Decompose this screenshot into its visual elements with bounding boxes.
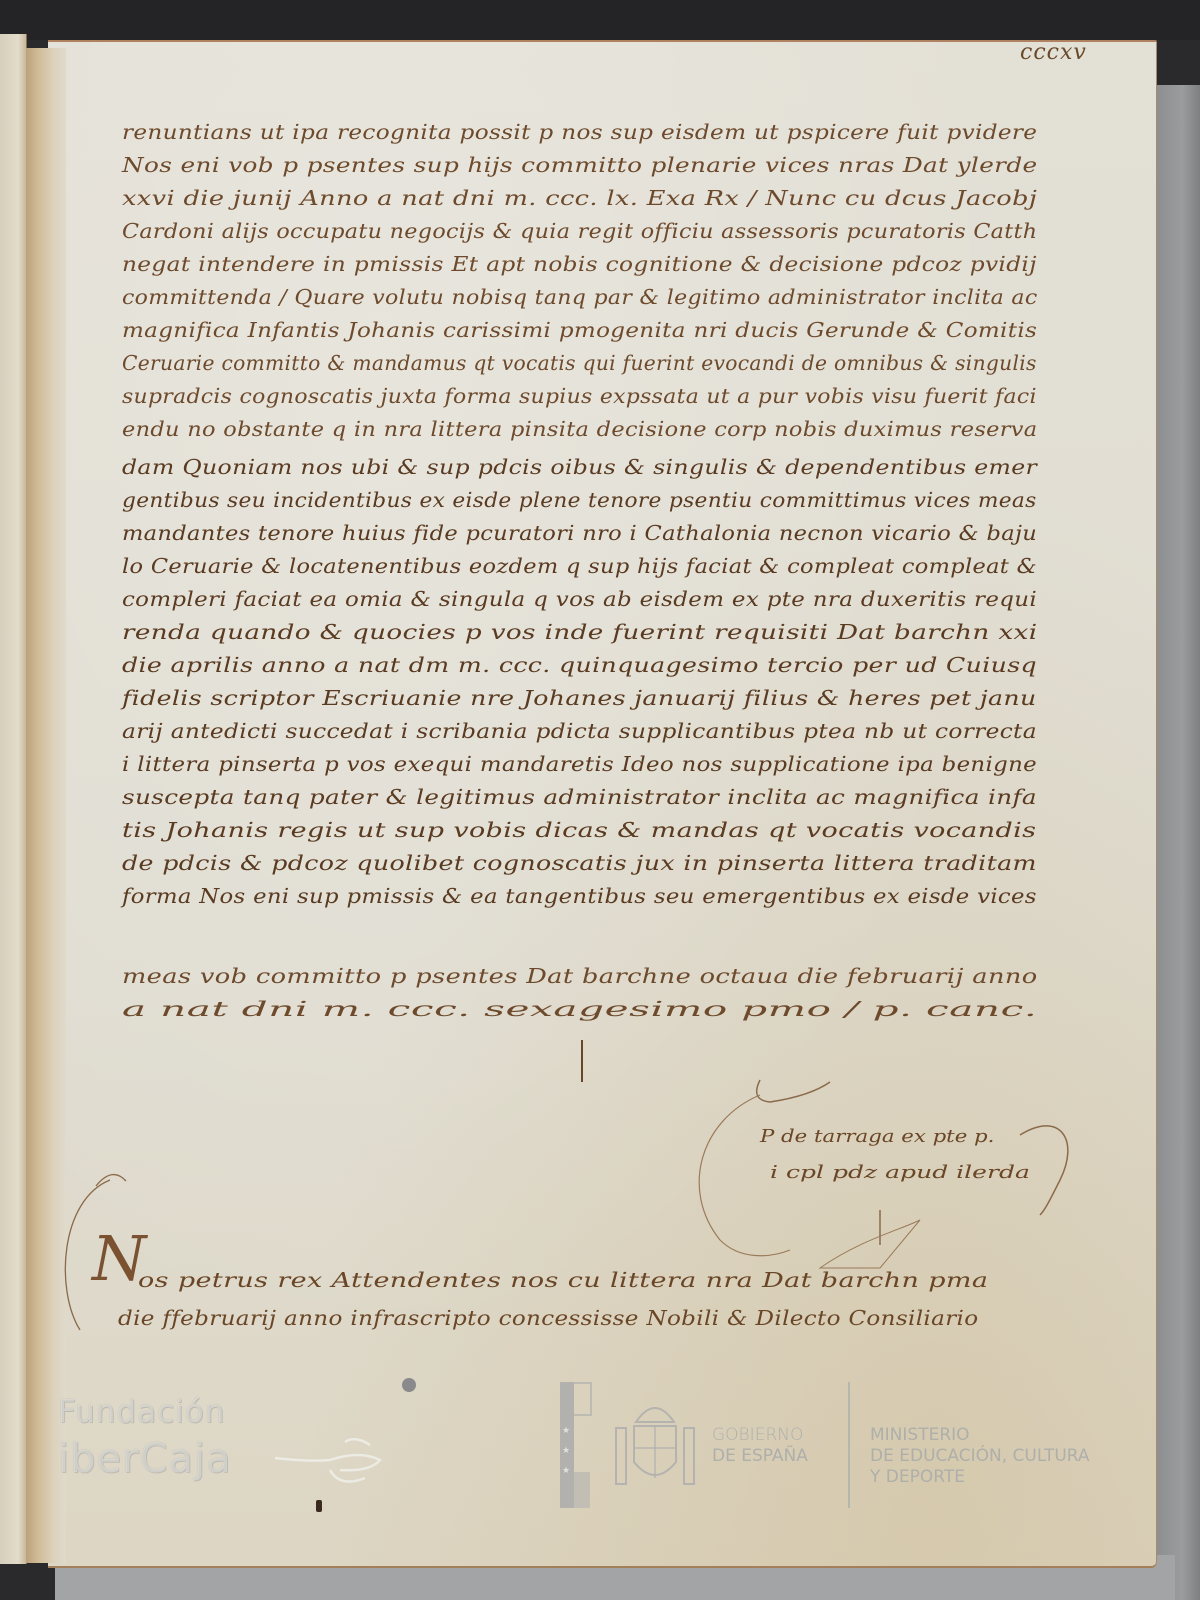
ibercaja-logo-icon — [270, 1430, 390, 1490]
watermark-ibercaja: iberCaja — [58, 1436, 232, 1482]
watermark-de-espana: DE ESPAÑA — [712, 1446, 808, 1466]
watermark-educacion-cultura: DE EDUCACIÓN, CULTURA — [870, 1446, 1090, 1466]
text-line: die ffebruarij anno infrascripto concess… — [118, 1306, 978, 1330]
watermark-ministerio: MINISTERIO — [870, 1425, 970, 1445]
spain-flag-icon: ★ ★ ★ — [560, 1382, 590, 1508]
text-line: os petrus rex Attendentes nos cu littera… — [138, 1268, 988, 1292]
signature-flourish-icon — [0, 0, 1200, 1600]
coat-of-arms-icon — [612, 1392, 698, 1492]
ink-spot — [316, 1500, 322, 1512]
watermark-fundacion: Fundación — [58, 1394, 225, 1430]
watermark-divider — [848, 1382, 850, 1508]
second-paragraph: os petrus rex Attendentes nos cu littera… — [60, 1180, 1060, 1360]
watermark-gobierno: GOBIERNO — [712, 1425, 803, 1445]
signature-line-1: P de tarraga ex pte p. — [760, 1126, 994, 1147]
watermark-deporte: Y DEPORTE — [870, 1467, 965, 1487]
paper-hole — [402, 1378, 416, 1392]
